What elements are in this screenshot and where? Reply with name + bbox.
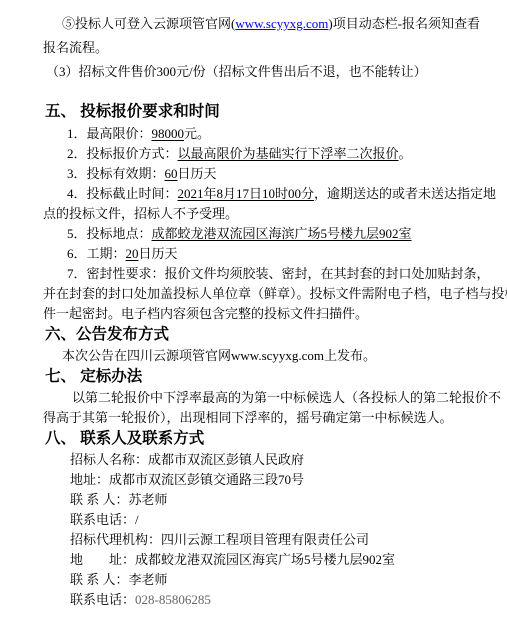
contact-row-agency-phone: 联系电话：028-85806285 — [0, 590, 507, 610]
item-duration: 6．工期：20日历天 — [0, 244, 507, 264]
item-duration-label: 6．工期： — [67, 246, 126, 261]
tender-notice-document: ⑤投标人可登入云源项管官网(www.scyyxg.com)项目动态栏-报名须知查… — [0, 0, 507, 638]
contact-tenderer-name-label: 招标人名称： — [70, 452, 148, 467]
section-heading-bid-price: 五、 投标报价要求和时间 — [0, 100, 507, 124]
award-method-line-1: 以第二轮报价中下浮率最高的为第一中标候选人（各投标人的第二轮报价不 — [0, 388, 507, 408]
announcement-body: 本次公告在四川云源项管官网www.scyyxg.com上发布。 — [0, 346, 507, 366]
section-heading-announcement: 六、公告发布方式 — [0, 324, 507, 346]
item-sealing-line-3: 件一起密封。电子档内容须包含完整的投标文件扫描件。 — [0, 304, 507, 324]
item-location: 5．投标地点：成都蛟龙港双流园区海滨广场5号楼九层902室 — [0, 224, 507, 244]
contact-row-tenderer-name: 招标人名称：成都市双流区彭镇人民政府 — [0, 450, 507, 470]
award-method-line-2-text: 得高于其第一轮报价），出现相同下浮率的，摇号确定第一中标候选人。 — [43, 410, 453, 425]
item-sealing-line-1: 7．密封性要求：报价文件均须胶装、密封，在其封套的封口处加贴封条， — [0, 264, 507, 284]
contact-tenderer-phone-value: / — [135, 512, 139, 527]
item-deadline-continuation: 点的投标文件，招标人不予受理。 — [0, 204, 507, 224]
contact-agency-phone-value: 028-85806285 — [135, 592, 211, 607]
contact-agency-name-label: 招标代理机构： — [70, 532, 161, 547]
contact-row-tenderer-person: 联 系 人：苏老师 — [0, 490, 507, 510]
item-max-price-value: 98000 — [152, 126, 185, 141]
contact-tenderer-phone-label: 联系电话： — [70, 512, 135, 527]
document-price-text: （3）招标文件售价300元/份（招标文件售出后不退，也不能转让） — [46, 64, 427, 79]
item-deadline-continuation-text: 点的投标文件，招标人不予受理。 — [43, 206, 238, 221]
item-validity-suffix: 日历天 — [178, 166, 217, 181]
contact-row-agency-address: 地 址：成都蛟龙港双流园区海宾广场5号楼九层902室 — [0, 550, 507, 570]
contact-agency-name-value: 四川云源工程项目管理有限责任公司 — [161, 532, 369, 547]
item-location-value: 成都蛟龙港双流园区海滨广场5号楼九层902室 — [152, 226, 412, 241]
item-validity-value: 60 — [165, 166, 178, 181]
item-location-label: 5．投标地点： — [67, 226, 152, 241]
item-max-price: 1．最高限价：98000元。 — [0, 124, 507, 144]
intro-line-2: 报名流程。 — [0, 36, 507, 60]
contact-agency-address-label: 地 址： — [70, 552, 135, 567]
item-validity-label: 3．投标有效期： — [67, 166, 165, 181]
item-sealing-line-2-text: 并在封套的封口处加盖投标人单位章（鲜章）。投标文件需附电子档，电子档与投标文 — [43, 286, 507, 301]
contact-row-agency-person: 联 系 人：李老师 — [0, 570, 507, 590]
contact-tenderer-address-value: 成都市双流区彭镇交通路三段70号 — [109, 472, 304, 487]
intro-line-1: ⑤投标人可登入云源项管官网(www.scyyxg.com)项目动态栏-报名须知查… — [0, 12, 507, 36]
item-quote-method-suffix: 。 — [399, 146, 412, 161]
announcement-body-text: 本次公告在四川云源项管官网www.scyyxg.com上发布。 — [62, 348, 376, 363]
item-max-price-label: 1．最高限价： — [67, 126, 152, 141]
section-heading-contacts: 八、 联系人及联系方式 — [0, 428, 507, 450]
item-validity: 3．投标有效期：60日历天 — [0, 164, 507, 184]
document-body: ⑤投标人可登入云源项管官网(www.scyyxg.com)项目动态栏-报名须知查… — [0, 0, 507, 610]
contact-tenderer-name-value: 成都市双流区彭镇人民政府 — [148, 452, 304, 467]
item-sealing-line-3-text: 件一起密封。电子档内容须包含完整的投标文件扫描件。 — [43, 306, 368, 321]
portal-website-link[interactable]: www.scyyxg.com — [235, 16, 328, 31]
item-max-price-suffix: 元。 — [184, 126, 210, 141]
item-sealing-line-1-text: 7．密封性要求：报价文件均须胶装、密封，在其封套的封口处加贴封条， — [67, 266, 490, 281]
award-method-line-1-text: 以第二轮报价中下浮率最高的为第一中标候选人（各投标人的第二轮报价不 — [72, 390, 501, 405]
award-method-line-2: 得高于其第一轮报价），出现相同下浮率的，摇号确定第一中标候选人。 — [0, 408, 507, 428]
contact-agency-person-value: 李老师 — [129, 572, 168, 587]
item-deadline-suffix: ，逾期送达的或者未送达指定地 — [314, 186, 496, 201]
contact-row-agency-name: 招标代理机构：四川云源工程项目管理有限责任公司 — [0, 530, 507, 550]
contact-tenderer-address-label: 地址： — [70, 472, 109, 487]
contact-agency-person-label: 联 系 人： — [70, 572, 129, 587]
item-quote-method-label: 2．投标报价方式： — [67, 146, 178, 161]
contact-tenderer-person-label: 联 系 人： — [70, 492, 129, 507]
intro-line-1-prefix: ⑤投标人可登入云源项管官网( — [62, 16, 235, 31]
intro-line-1-suffix: )项目动态栏-报名须知查看 — [328, 16, 480, 31]
contact-agency-address-value: 成都蛟龙港双流园区海宾广场5号楼九层902室 — [135, 552, 395, 567]
item-sealing-line-2: 并在封套的封口处加盖投标人单位章（鲜章）。投标文件需附电子档，电子档与投标文 — [0, 284, 507, 304]
item-quote-method: 2．投标报价方式：以最高限价为基础实行下浮率二次报价。 — [0, 144, 507, 164]
contact-tenderer-person-value: 苏老师 — [129, 492, 168, 507]
item-deadline-value: 2021年8月17日10时00分 — [178, 186, 315, 201]
contact-row-tenderer-address: 地址：成都市双流区彭镇交通路三段70号 — [0, 470, 507, 490]
item-deadline-label: 4．投标截止时间： — [67, 186, 178, 201]
intro-line-2-text: 报名流程。 — [43, 40, 108, 55]
document-price-line: （3）招标文件售价300元/份（招标文件售出后不退，也不能转让） — [0, 60, 507, 84]
item-quote-method-value: 以最高限价为基础实行下浮率二次报价 — [178, 146, 399, 161]
item-duration-value: 20 — [126, 246, 139, 261]
item-deadline: 4．投标截止时间：2021年8月17日10时00分，逾期送达的或者未送达指定地 — [0, 184, 507, 204]
section-heading-award-method: 七、 定标办法 — [0, 366, 507, 388]
contact-row-tenderer-phone: 联系电话：/ — [0, 510, 507, 530]
contact-agency-phone-label: 联系电话： — [70, 592, 135, 607]
item-duration-suffix: 日历天 — [139, 246, 178, 261]
